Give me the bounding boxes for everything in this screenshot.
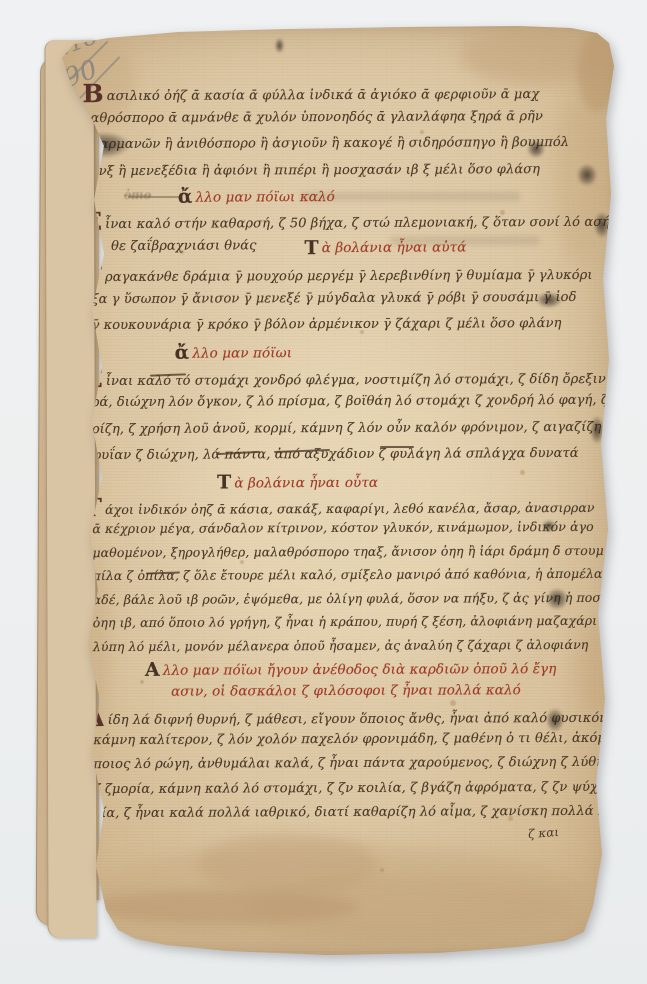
line-text: ίδη λά διφνή θυρνή, ζ μάθεσι, εἴγουν ὅπο… xyxy=(108,711,636,728)
line-text: σαρμανῶν ἢ ἀνιθόσπορο ἢ ἀσγιοῦν ἢ κακογέ… xyxy=(91,135,570,152)
rubric-heading: Αλλο μαν πόϊωι ἤγουν ἀνέθοδος διὰ καρδιῶ… xyxy=(85,656,591,704)
paragraph: Τραγακάνθε δράμια γ̄ μουχούρ μεργέμ γ̄ λ… xyxy=(83,258,589,340)
line-text: αδέ, βάλε λοῦ ιβ ροῶν, ἐψόμεθα, με ὀλίγη… xyxy=(93,589,601,606)
initial-letter: ἄ xyxy=(178,186,193,208)
line-text: ξα γ ὕσωπον γ̄ ἄνισον γ̄ μενεξέ γ̄ μύγδα… xyxy=(91,289,576,306)
line-text: ραγακάνθε δράμια γ̄ μουχούρ μεργέμ γ̄ λε… xyxy=(105,268,593,285)
initial-letter: Τ xyxy=(304,237,318,259)
manuscript-line: σαρμανῶν ἢ ἀνιθόσπορο ἢ ἀσγιοῦν ἢ κακογέ… xyxy=(83,130,589,159)
line-text: ᾱ κέχριον μέγα, σάνδαλον κίτρινον, κόστο… xyxy=(92,519,594,536)
line-text: μαθομένον, ξηρογλήθερ, μαλαθρόσπορο τηαξ… xyxy=(92,542,603,559)
manuscript-line: Βασιλικό ὀήζ ᾱ κασία ᾱ φύλλα ἰνδικά ᾱ ἀγ… xyxy=(82,77,588,106)
line-text: ἶναι καλό στήν καθαρσή, ζ 50 βήχα, ζ στώ… xyxy=(105,215,610,232)
initial-letter: ἄ xyxy=(175,341,190,363)
manuscript-line: Εἶναι καλό στήν καθαρσή, ζ 50 βήχα, ζ στ… xyxy=(83,205,589,234)
manuscript-line: ζ ζμορία, κάμνη καλό λό στομάχι, ζ ζν κο… xyxy=(85,775,591,802)
fox-spot xyxy=(380,868,384,872)
manuscript-text: θε ζαΐβραχνιάσι θνάς xyxy=(91,233,256,260)
initial-letter: Ε xyxy=(84,364,103,393)
initial-letter: Τ xyxy=(217,471,231,493)
line-text: ὀηη ιβ, από ὅποιο λό γρήγη, ζ ἦναι ἡ κρά… xyxy=(93,613,621,630)
manuscript-scan: 218 190 Βασιλικό ὀήζ ᾱ κασία ᾱ φύλλα ἰνδ… xyxy=(0,0,647,984)
overline-mark xyxy=(380,446,414,448)
manuscript-line: ποιος λό ρώγη, ἀνθυμάλαι καλά, ζ ἦναι πά… xyxy=(85,751,591,778)
line-text: χνξ ἢ μενεξέδια ἢ ἀφιόνι ἢ πιπέρι ἢ μοσχ… xyxy=(91,162,540,179)
line-text: γ̄ κουκουνάρια γ̄ κρόκο γ̄ βόλον ἀρμένικ… xyxy=(91,316,561,333)
line-text: άχοι ἰνδικόν ὀηζ ᾱ κάσια, σακάξ, καφαρίγ… xyxy=(105,499,595,516)
manuscript-line: Αλλο μαν πόϊωι ἤγουν ἀνέθοδος διὰ καρδιῶ… xyxy=(85,656,591,681)
paragraph: Εἶναι καλό τό στομάχι χονδρό φλέγμα, νοσ… xyxy=(84,361,590,469)
line-text: ὰ βολάνια ἦναι οὖτα xyxy=(234,474,378,491)
manuscript-line: ὀηη ιβ, από ὅποιο λό γρήγη, ζ ἦναι ἡ κρά… xyxy=(85,609,591,635)
manuscript-page: 218 190 Βασιλικό ὀήζ ᾱ κασία ᾱ φύλλα ἰνδ… xyxy=(48,24,620,956)
manuscript-line: φυΐαν ζ διώχνη, λά πάντα, ἀπό αξυχάδιον … xyxy=(84,441,590,470)
initial-letter: Ε xyxy=(83,207,102,236)
paragraph: Δίδη λά διφνή θυρνή, ζ μάθεσι, εἴγουν ὅπ… xyxy=(85,702,592,827)
line-text: ζ ζμορία, κάμνη καλό λό στομάχι, ζ ζν κο… xyxy=(93,779,613,796)
manuscript-line: Τὰ βολάνια ἦναι οὖτα xyxy=(84,467,590,493)
manuscript-text-block: Βασιλικό ὀήζ ᾱ κασία ᾱ φύλλα ἰνδικά ᾱ ἀγ… xyxy=(82,77,591,827)
rubric-heading: ἄλλο μαν πόϊωι xyxy=(84,337,590,363)
line-text: λύπη λό μέλι, μονόν μέλανερα ὁποῦ ἦσαμεν… xyxy=(93,636,589,653)
manuscript-line: αδέ, βάλε λοῦ ιβ ροῶν, ἐψόμεθα, με ὀλίγη… xyxy=(85,585,591,611)
rubric-heading: ἄλλο μαν πόϊωι καλό xyxy=(83,183,589,207)
initial-letter: Τ xyxy=(83,260,102,289)
manuscript-line: ρίζη, ζ χρήση λοῦ ἀνοῦ, κορμί, κάμνη ζ λ… xyxy=(84,414,590,443)
initial-letter: Γ xyxy=(84,493,102,522)
manuscript-line: ἄλλο μαν πόϊωι καλό xyxy=(83,183,589,207)
marginal-dash xyxy=(62,372,84,375)
rubric-heading: Τὰ βολάνια ἦναι αὐτά xyxy=(312,232,466,259)
line-text: λλο μαν πόϊωι ἤγουν ἀνέθοδος διὰ καρδιῶν… xyxy=(163,661,557,679)
line-text: ρίζη, ζ χρήση λοῦ ἀνοῦ, κορμί, κάμνη ζ λ… xyxy=(92,419,614,436)
stain xyxy=(460,28,620,83)
ink-blot xyxy=(275,38,284,53)
initial-letter: Α xyxy=(145,659,160,681)
manuscript-line: ξα γ ὕσωπον γ̄ ἄνισον γ̄ μενεξέ γ̄ μύγδα… xyxy=(83,284,589,313)
manuscript-line: αθρόσπορο ᾱ αμνάνθε ᾱ χυλόν ὑπονοηδός ᾱ … xyxy=(82,103,588,132)
paragraph: Βασιλικό ὀήζ ᾱ κασία ᾱ φύλλα ἰνδικά ᾱ ἀγ… xyxy=(82,77,588,185)
line-text: ασιν, οἱ δασκάλοι ζ φιλόσοφοι ζ ἦναι πολ… xyxy=(171,682,521,700)
paper-sheet: 218 190 Βασιλικό ὀήζ ᾱ κασία ᾱ φύλλα ἰνδ… xyxy=(48,24,620,956)
manuscript-line: Δίδη λά διφνή θυρνή, ζ μάθεσι, εἴγουν ὅπ… xyxy=(85,702,591,729)
manuscript-line: μαθομένον, ξηρογλήθερ, μαλαθρόσπορο τηαξ… xyxy=(84,538,590,564)
line-text: λλο μαν πόϊωι xyxy=(192,345,292,361)
line-text: φυΐαν ζ διώχνη, λά πάντα, ἀπό αξυχάδιον … xyxy=(92,446,579,463)
line-text: ασιλικό ὀήζ ᾱ κασία ᾱ φύλλα ἰνδικά ᾱ ἀγι… xyxy=(107,87,540,104)
manuscript-line: βία, ζ ἦναι καλά πολλά ιαθρικό, διατί κα… xyxy=(86,800,592,827)
initial-letter: Δ xyxy=(85,703,105,732)
stain xyxy=(88,890,358,924)
line-text: ρά, διώχνη λόν ὄγκον, ζ λό πρίσμα, ζ βοϊ… xyxy=(92,393,647,410)
rubric-heading: Τὰ βολάνια ἦναι οὖτα xyxy=(84,467,590,493)
manuscript-line: ρά, διώχνη λόν ὄγκον, ζ λό πρίσμα, ζ βοϊ… xyxy=(84,388,590,417)
line-text: πίλα ζ ὀπίλα, ζ ὅλε ἔτουρε μέλι καλό, σμ… xyxy=(93,566,607,583)
manuscript-line: λύπη λό μέλι, μονόν μέλανερα ὁποῦ ἦσαμεν… xyxy=(85,632,591,658)
paragraph: Γάχοι ἰνδικόν ὀηζ ᾱ κάσια, σακάξ, καφαρί… xyxy=(84,491,591,658)
stain xyxy=(198,834,378,894)
struck-word: ὀπιο xyxy=(124,188,151,202)
line-text: αθρόσπορο ᾱ αμνάνθε ᾱ χυλόν ὑπονοηδός ᾱ … xyxy=(91,109,543,126)
manuscript-line: Τραγακάνθε δράμια γ̄ μουχούρ μεργέμ γ̄ λ… xyxy=(83,258,589,287)
manuscript-line: ᾱ κέχριον μέγα, σάνδαλον κίτρινον, κόστο… xyxy=(84,515,590,541)
manuscript-line: κάμνη καλίτερον, ζ λόν χολόν παχελόν φρο… xyxy=(85,726,591,753)
line-text: βία, ζ ἦναι καλά πολλά ιαθρικό, διατί κα… xyxy=(94,804,632,821)
manuscript-line: γ̄ κουκουνάρια γ̄ κρόκο γ̄ βόλον ἀρμένικ… xyxy=(83,311,589,340)
manuscript-line: πίλα ζ ὀπίλα, ζ ὅλε ἔτουρε μέλι καλό, σμ… xyxy=(84,562,590,588)
line-text: λλο μαν πόϊωι καλό xyxy=(196,189,335,206)
line-text: ἶναι καλό τό στομάχι χονδρό φλέγμα, νοστ… xyxy=(106,371,647,388)
manuscript-line: ἄλλο μαν πόϊωι xyxy=(84,337,590,363)
catchword: ζ και xyxy=(528,825,560,841)
pencil-folio-number-old: 218 xyxy=(51,23,101,62)
stain xyxy=(88,844,588,944)
initial-letter: Β xyxy=(82,79,103,108)
manuscript-line: Γάχοι ἰνδικόν ὀηζ ᾱ κάσια, σακάξ, καφαρί… xyxy=(84,491,590,517)
line-text: κάμνη καλίτερον, ζ λόν χολόν παχελόν φρο… xyxy=(93,730,627,747)
manuscript-line: χνξ ἢ μενεξέδια ἢ ἀφιόνι ἢ πιπέρι ἢ μοσχ… xyxy=(83,156,589,185)
manuscript-line: θε ζαΐβραχνιάσι θνάςΤὰ βολάνια ἦναι αὐτά xyxy=(83,231,589,260)
line-text: ποιος λό ρώγη, ἀνθυμάλαι καλά, ζ ἦναι πά… xyxy=(93,755,604,772)
manuscript-line: ασιν, οἱ δασκάλοι ζ φιλόσοφοι ζ ἦναι πολ… xyxy=(85,679,591,704)
stain xyxy=(248,874,578,946)
paragraph: Εἶναι καλό στήν καθαρσή, ζ 50 βήχα, ζ στ… xyxy=(83,205,589,234)
rubric-text: ὰ βολάνια ἦναι αὐτά xyxy=(322,239,467,256)
